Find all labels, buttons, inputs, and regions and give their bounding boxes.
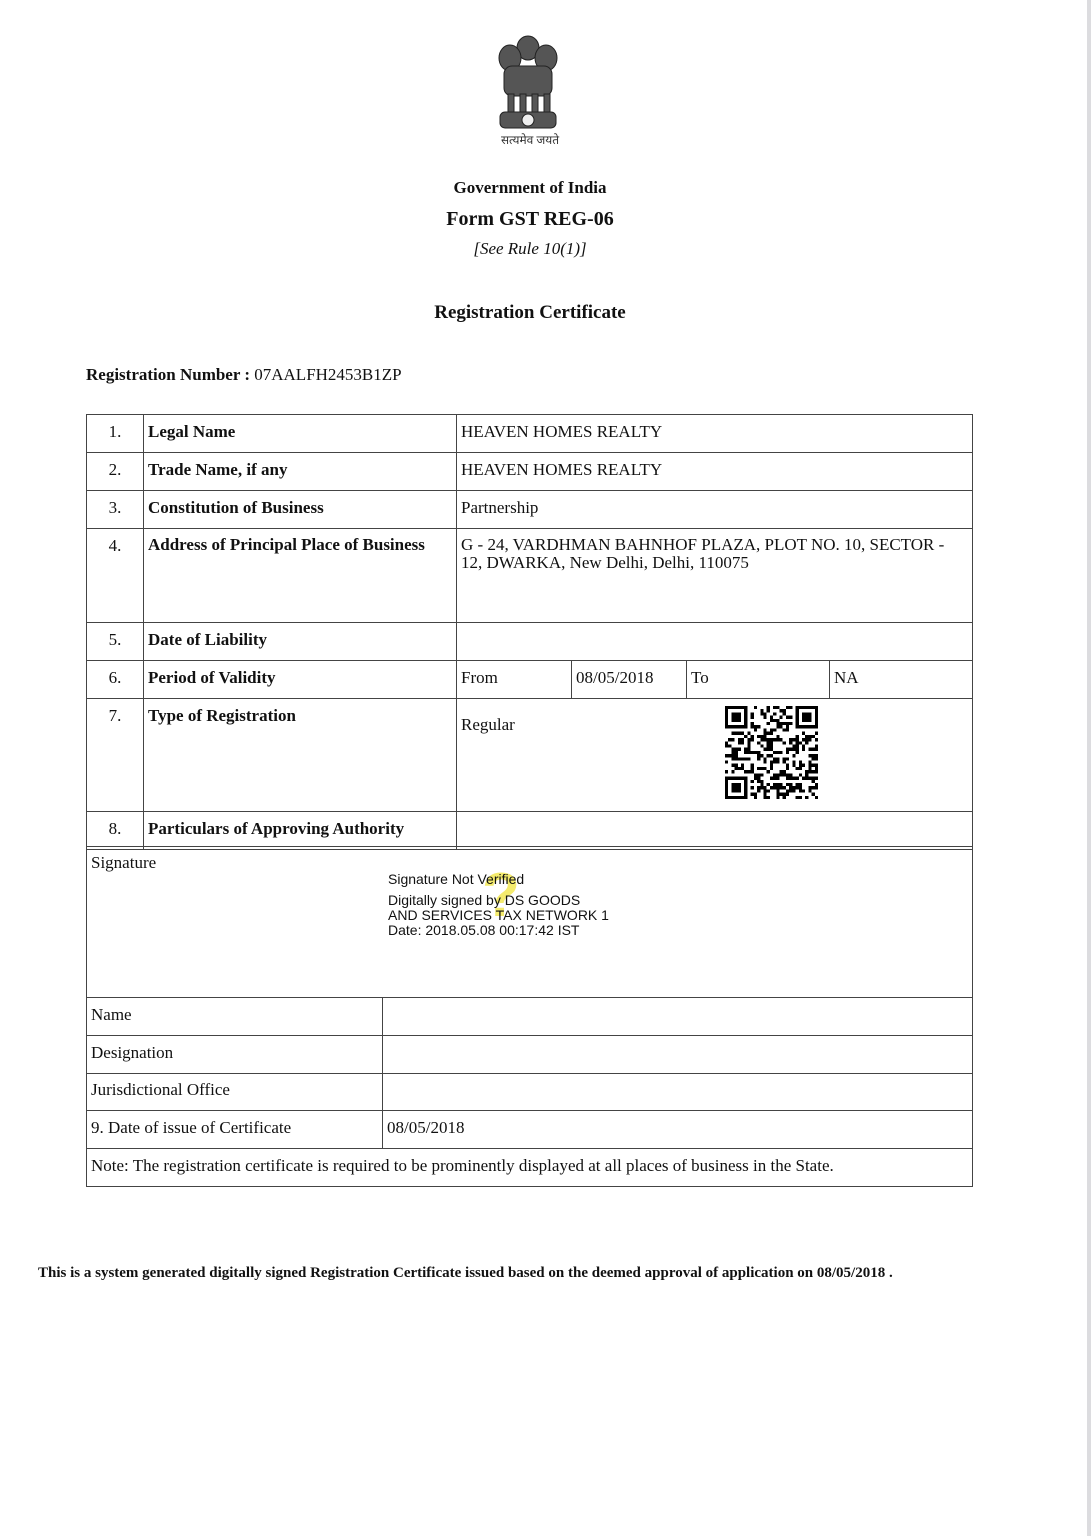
issue-date-label: 9. Date of issue of Certificate: [87, 1111, 383, 1149]
table-row: 3. Constitution of Business Partnership: [87, 491, 973, 529]
table-row: Jurisdictional Office: [87, 1074, 973, 1111]
row-label: Date of Liability: [144, 623, 457, 661]
details-table: 1. Legal Name HEAVEN HOMES REALTY 2. Tra…: [86, 414, 973, 850]
row-number: 2.: [87, 453, 144, 491]
approving-authority-value: [457, 812, 973, 850]
rule-reference: [See Rule 10(1)]: [0, 239, 1060, 259]
row-label: Trade Name, if any: [144, 453, 457, 491]
signature-status: Signature Not Verified: [388, 872, 609, 887]
certificate-title: Registration Certificate: [0, 302, 1060, 324]
row-number: 5.: [87, 623, 144, 661]
table-row: 4. Address of Principal Place of Busines…: [87, 529, 973, 623]
row-number: 4.: [87, 529, 144, 623]
registration-number-value: 07AALFH2453B1ZP: [254, 365, 401, 384]
row-number: 7.: [87, 699, 144, 812]
row-number: 1.: [87, 415, 144, 453]
signed-date: Date: 2018.05.08 00:17:42 IST: [388, 923, 609, 938]
digital-signature-block[interactable]: Signature Not Verified Digitally signed …: [388, 872, 609, 938]
trade-name-value: HEAVEN HOMES REALTY: [457, 453, 973, 491]
table-row: 9. Date of issue of Certificate 08/05/20…: [87, 1111, 973, 1149]
validity-to-label: To: [687, 661, 830, 699]
table-row: Note: The registration certificate is re…: [87, 1149, 973, 1187]
date-of-liability-value: [457, 623, 973, 661]
validity-from-label: From: [457, 661, 572, 699]
row-label: Type of Registration: [144, 699, 457, 812]
table-row: Name: [87, 998, 973, 1036]
form-title: Form GST REG-06: [0, 208, 1060, 231]
registration-number-label: Registration Number :: [86, 365, 250, 384]
registration-number: Registration Number : 07AALFH2453B1ZP: [86, 365, 402, 385]
footer-note: This is a system generated digitally sig…: [38, 1265, 893, 1282]
row-label: Constitution of Business: [144, 491, 457, 529]
validity-from-value: 08/05/2018: [572, 661, 687, 699]
validity-to-value: NA: [830, 661, 973, 699]
row-label: Period of Validity: [144, 661, 457, 699]
note-text: Note: The registration certificate is re…: [87, 1149, 973, 1187]
government-heading: Government of India: [0, 178, 1060, 198]
legal-name-value: HEAVEN HOMES REALTY: [457, 415, 973, 453]
table-row: 7. Type of Registration Regular: [87, 699, 973, 812]
signed-by-line-1: Digitally signed by DS GOODS: [388, 893, 609, 908]
table-row: Designation: [87, 1036, 973, 1074]
page-edge-scrollbar: [1087, 0, 1091, 1536]
table-row: 6. Period of Validity From 08/05/2018 To…: [87, 661, 973, 699]
address-value: G - 24, VARDHMAN BAHNHOF PLAZA, PLOT NO.…: [457, 529, 973, 623]
jurisdictional-office-value: [383, 1074, 973, 1111]
designation-label: Designation: [87, 1036, 383, 1074]
row-number: 8.: [87, 812, 144, 850]
row-number: 6.: [87, 661, 144, 699]
table-row: 8. Particulars of Approving Authority: [87, 812, 973, 850]
row-number: 3.: [87, 491, 144, 529]
constitution-value: Partnership: [457, 491, 973, 529]
table-row: 5. Date of Liability: [87, 623, 973, 661]
name-label: Name: [87, 998, 383, 1036]
motto-text: सत्यमेव जयते: [440, 131, 620, 148]
signed-by-line-2: AND SERVICES TAX NETWORK 1: [388, 908, 609, 923]
row-label: Particulars of Approving Authority: [144, 812, 457, 850]
row-label: Address of Principal Place of Business: [144, 529, 457, 623]
qr-code-icon: [725, 706, 818, 799]
designation-value: [383, 1036, 973, 1074]
table-row: 1. Legal Name HEAVEN HOMES REALTY: [87, 415, 973, 453]
row-label: Legal Name: [144, 415, 457, 453]
registration-type-value: Regular: [457, 699, 973, 812]
table-row: 2. Trade Name, if any HEAVEN HOMES REALT…: [87, 453, 973, 491]
name-value: [383, 998, 973, 1036]
jurisdictional-office-label: Jurisdictional Office: [87, 1074, 383, 1111]
issue-date-value: 08/05/2018: [383, 1111, 973, 1149]
